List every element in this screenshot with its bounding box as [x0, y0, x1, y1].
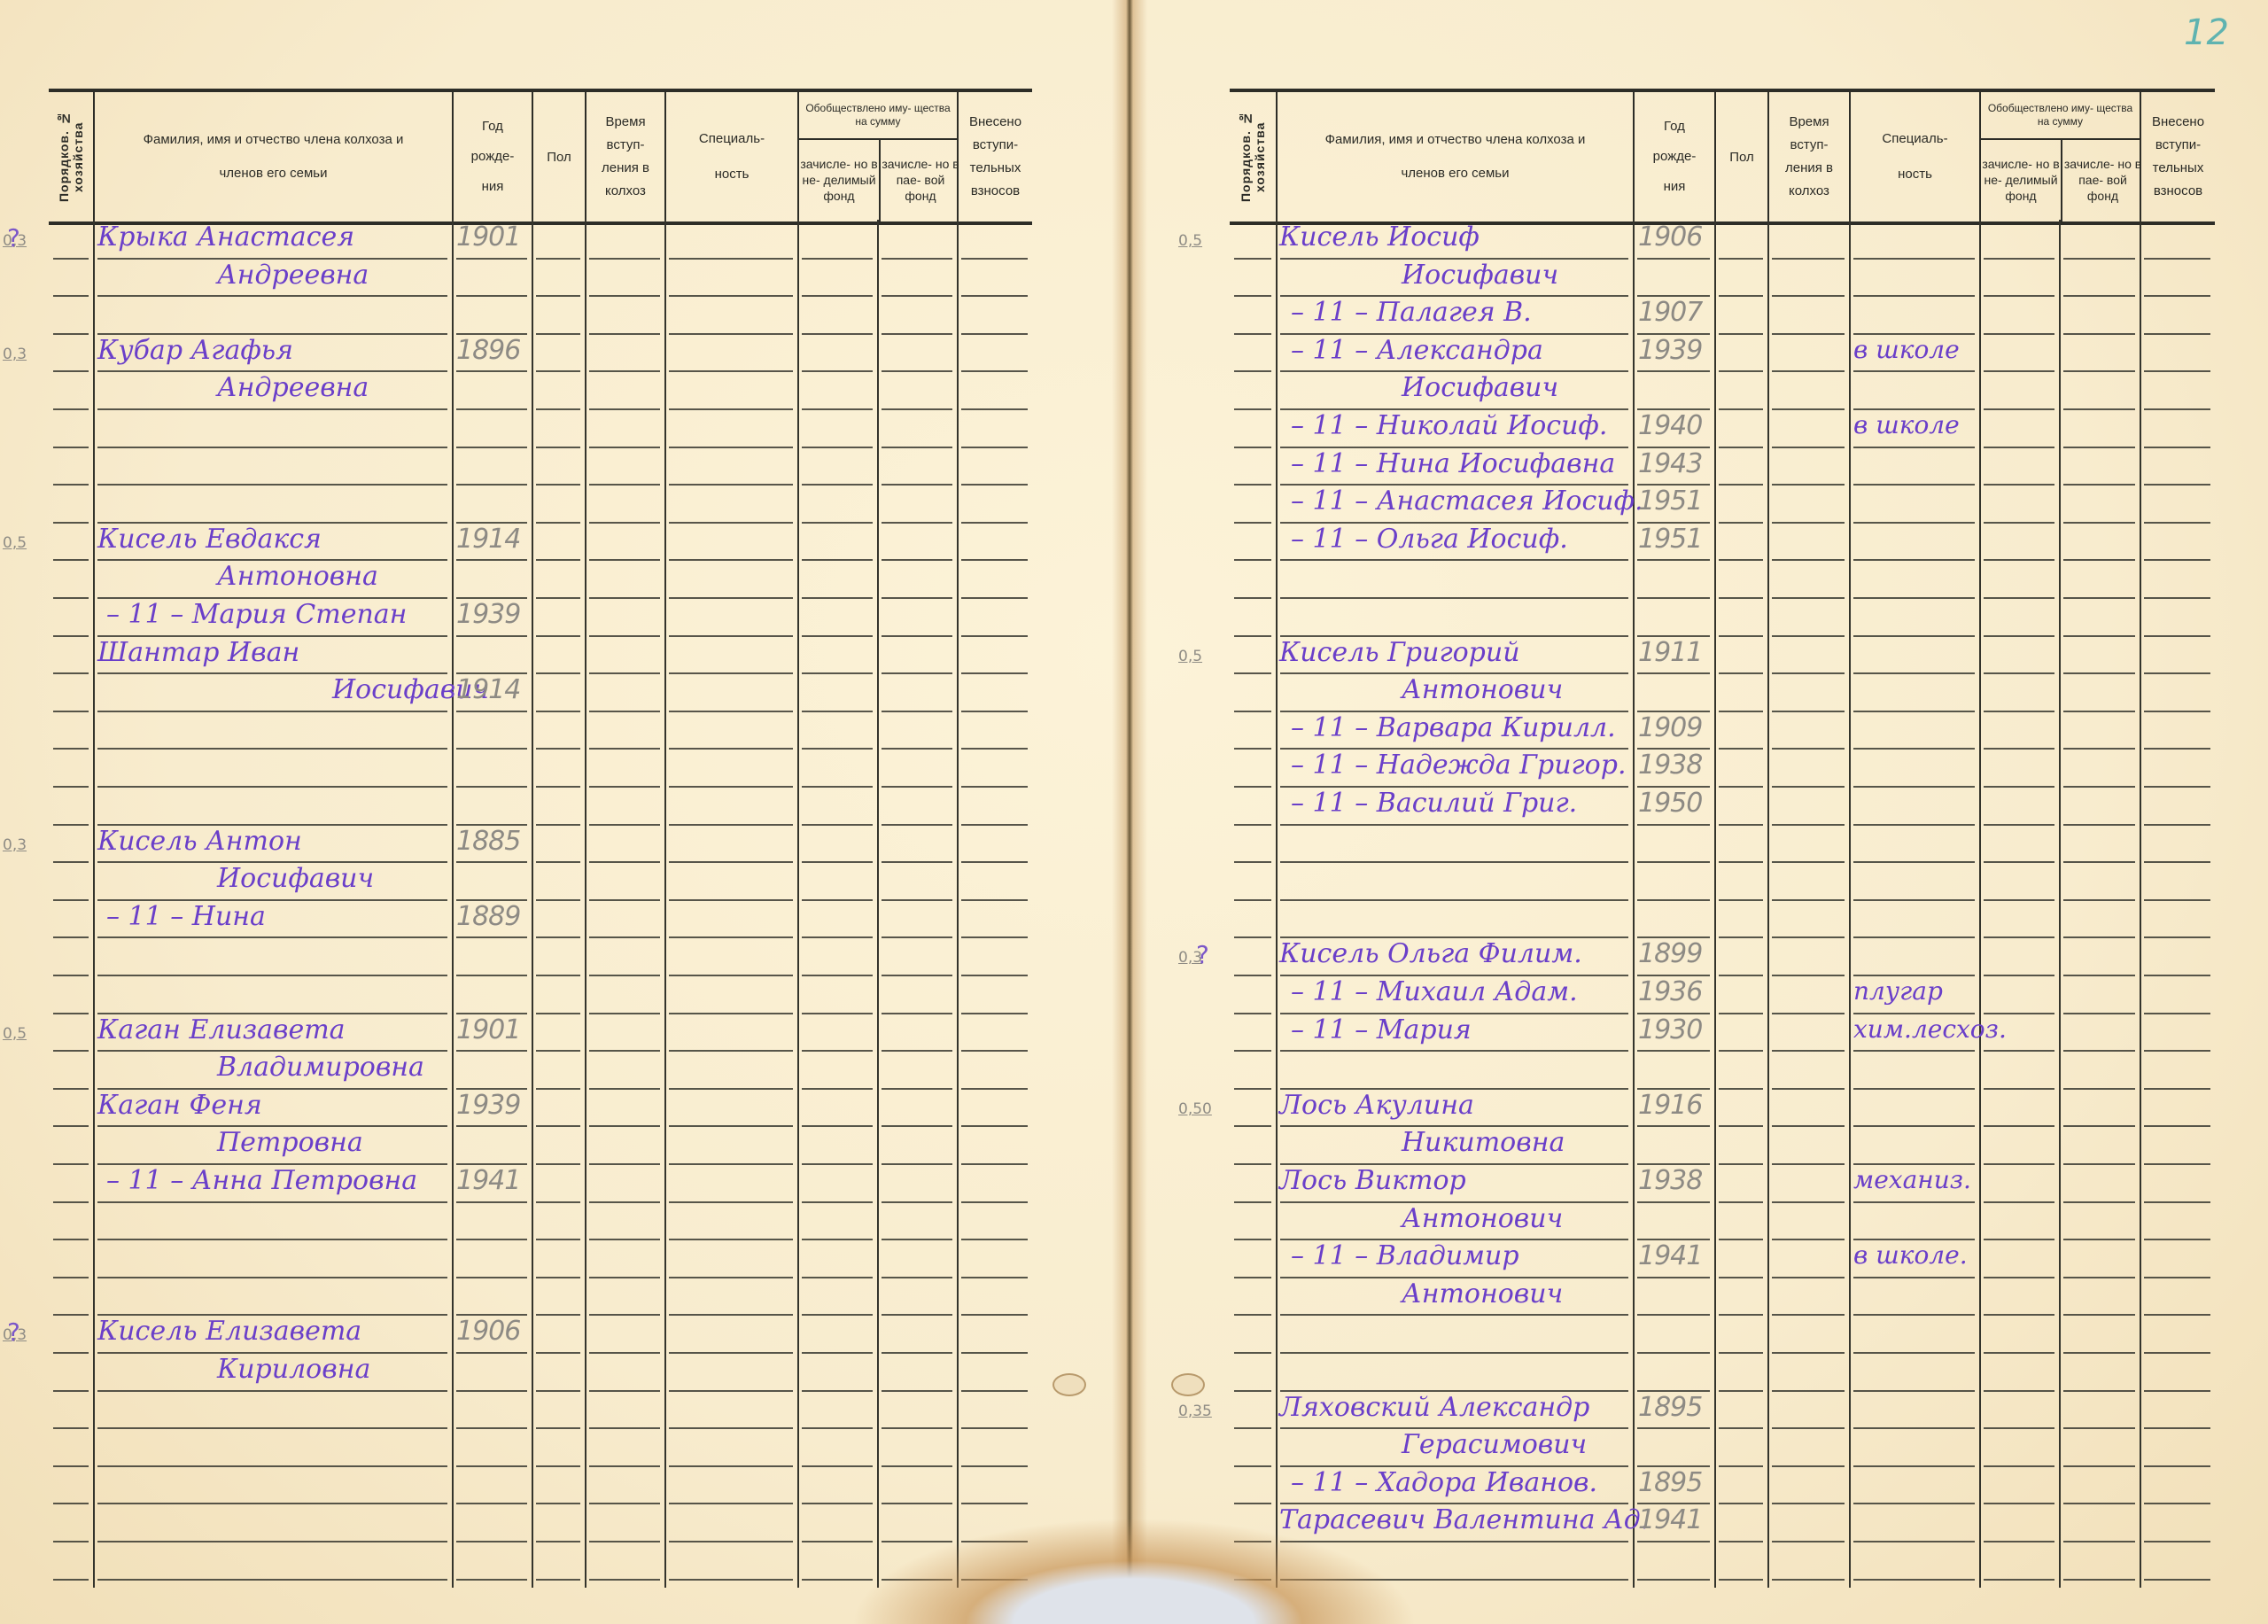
row-rule: [536, 370, 580, 372]
row-rule: [2063, 1125, 2135, 1127]
row-rule: [97, 786, 447, 788]
row-rule: [1280, 597, 1628, 599]
row-rule: [1984, 1503, 2054, 1504]
row-rule: [1772, 597, 1845, 599]
row-rule: [589, 1050, 660, 1052]
row-rule: [2063, 408, 2135, 410]
row-rule: [2144, 484, 2210, 486]
birth-year: 1909: [1638, 712, 1702, 743]
row-rule: [1984, 1277, 2054, 1278]
row-rule: [1234, 672, 1271, 674]
row-rule: [536, 522, 580, 524]
row-rule: [1234, 447, 1271, 448]
row-rule: [1853, 484, 1975, 486]
row-rule: [53, 635, 89, 637]
column-divider: [1767, 220, 1769, 1588]
row-rule: [1853, 559, 1975, 561]
row-rule: [2144, 1465, 2210, 1467]
row-rule: [456, 258, 527, 260]
member-name: – 11 – Николай Иосиф.: [1291, 410, 1607, 441]
row-rule: [1853, 1201, 1975, 1203]
row-rule: [882, 1125, 952, 1127]
row-rule: [97, 1503, 447, 1504]
birth-year: 1906: [1638, 221, 1702, 253]
row-rule: [1719, 295, 1763, 297]
row-rule: [669, 1541, 793, 1542]
row-rule: [2063, 1503, 2135, 1504]
row-rule: [802, 1050, 873, 1052]
row-rule: [536, 1503, 580, 1504]
row-rule: [1772, 1050, 1845, 1052]
row-rule: [1719, 672, 1763, 674]
row-rule: [669, 1503, 793, 1504]
row-rule: [882, 824, 952, 826]
row-rule: [2144, 559, 2210, 561]
row-rule: [536, 1013, 580, 1014]
row-rule: [2144, 1503, 2210, 1504]
row-rule: [802, 861, 873, 863]
row-rule: [1984, 824, 2054, 826]
member-name: – 11 – Варвара Кирилл.: [1291, 712, 1616, 743]
row-rule: [2144, 1163, 2210, 1165]
row-rule: [1234, 1163, 1271, 1165]
member-name: Герасимович: [1402, 1429, 1587, 1460]
row-rule: [1853, 672, 1975, 674]
row-rule: [53, 1390, 89, 1392]
row-rule: [1984, 408, 2054, 410]
row-rule: [1234, 711, 1271, 712]
row-rule: [669, 899, 793, 901]
row-rule: [1772, 1277, 1845, 1278]
row-rule: [1984, 1352, 2054, 1354]
row-rule: [2063, 1088, 2135, 1090]
row-rule: [961, 861, 1028, 863]
member-name: Кисель Иосиф: [1279, 221, 1480, 253]
row-rule: [1637, 597, 1710, 599]
row-rule: [456, 861, 527, 863]
row-rule: [1234, 1277, 1271, 1278]
row-rule: [961, 295, 1028, 297]
row-rule: [669, 1277, 793, 1278]
row-rule: [1719, 936, 1763, 938]
row-rule: [53, 1503, 89, 1504]
row-rule: [1853, 1541, 1975, 1542]
binding-hole: [1052, 1373, 1086, 1396]
row-rule: [1853, 447, 1975, 448]
column-divider: [1276, 220, 1278, 1588]
birth-year: 1941: [456, 1165, 520, 1196]
row-rule: [536, 1465, 580, 1467]
row-rule: [1637, 672, 1710, 674]
row-rule: [882, 1013, 952, 1014]
row-rule: [2144, 711, 2210, 712]
row-rule: [1234, 1465, 1271, 1467]
row-rule: [53, 522, 89, 524]
row-rule: [1853, 824, 1975, 826]
row-rule: [1719, 1201, 1763, 1203]
row-rule: [536, 899, 580, 901]
row-rule: [669, 1352, 793, 1354]
member-name: Антоновна: [217, 561, 378, 592]
row-rule: [1637, 1579, 1710, 1581]
row-rule: [1719, 447, 1763, 448]
row-rule: [2063, 522, 2135, 524]
member-name: Кириловна: [217, 1354, 370, 1385]
row-rule: [1772, 1314, 1845, 1316]
row-rule: [882, 484, 952, 486]
member-name: Крыка Анастасея: [97, 221, 354, 253]
row-rule: [1234, 370, 1271, 372]
row-rule: [53, 1277, 89, 1278]
binding-hole: [1171, 1373, 1205, 1396]
row-rule: [456, 1352, 527, 1354]
member-name: Каган Феня: [97, 1090, 262, 1121]
row-rule: [1719, 861, 1763, 863]
row-rule: [1772, 408, 1845, 410]
header-entry-fees: Внесено вступи- тельных взносов: [2140, 92, 2215, 221]
row-rule: [669, 1013, 793, 1014]
row-rule: [1984, 1050, 2054, 1052]
row-rule: [802, 447, 873, 448]
birth-year: 1938: [1638, 750, 1702, 781]
row-rule: [536, 1201, 580, 1203]
row-rule: [589, 1201, 660, 1203]
member-name: Антонович: [1402, 1278, 1563, 1309]
row-rule: [882, 522, 952, 524]
row-rule: [2144, 597, 2210, 599]
row-rule: [669, 408, 793, 410]
ledger-spread: Порядков. № хозяйства Фамилия, имя и отч…: [0, 0, 2268, 1624]
row-rule: [1772, 559, 1845, 561]
row-rule: [1637, 861, 1710, 863]
row-rule: [802, 748, 873, 750]
row-rule: [1984, 1088, 2054, 1090]
row-rule: [2144, 333, 2210, 335]
row-rule: [53, 1352, 89, 1354]
row-rule: [802, 333, 873, 335]
row-rule: [1234, 748, 1271, 750]
row-rule: [456, 1579, 527, 1581]
row-rule: [1234, 786, 1271, 788]
row-rule: [802, 1465, 873, 1467]
row-rule: [1853, 899, 1975, 901]
row-rule: [1772, 1239, 1845, 1240]
row-rule: [961, 1125, 1028, 1127]
row-rule: [2144, 1050, 2210, 1052]
row-rule: [2144, 258, 2210, 260]
birth-year: 1943: [1638, 448, 1702, 479]
row-rule: [1719, 1503, 1763, 1504]
row-rule: [53, 1541, 89, 1542]
row-rule: [802, 370, 873, 372]
row-rule: [1719, 597, 1763, 599]
row-rule: [1234, 936, 1271, 938]
row-rule: [97, 408, 447, 410]
row-rule: [1719, 635, 1763, 637]
row-rule: [2063, 748, 2135, 750]
row-rule: [2063, 258, 2135, 260]
row-rule: [961, 1163, 1028, 1165]
row-rule: [1280, 1050, 1628, 1052]
row-rule: [669, 635, 793, 637]
member-name: Иосифавич: [217, 863, 374, 894]
row-rule: [1984, 975, 2054, 976]
member-name: Кисель Елизавета: [97, 1316, 361, 1347]
row-rule: [1234, 635, 1271, 637]
row-rule: [1719, 1390, 1763, 1392]
row-rule: [1719, 1163, 1763, 1165]
row-rule: [802, 635, 873, 637]
row-rule: [1637, 370, 1710, 372]
row-rule: [53, 370, 89, 372]
row-rule: [2144, 936, 2210, 938]
row-rule: [589, 672, 660, 674]
row-rule: [669, 936, 793, 938]
row-rule: [1772, 1163, 1845, 1165]
left-table-header: Порядков. № хозяйства Фамилия, имя и отч…: [49, 89, 1032, 225]
row-rule: [53, 786, 89, 788]
header-sex: Пол: [1714, 92, 1767, 221]
row-rule: [1984, 1163, 2054, 1165]
page-number: 12: [2184, 12, 2229, 53]
member-name: Владимировна: [217, 1052, 424, 1083]
column-divider: [585, 220, 586, 1588]
row-rule: [669, 370, 793, 372]
row-rule: [1984, 861, 2054, 863]
row-rule: [1772, 975, 1845, 976]
row-rule: [669, 1201, 793, 1203]
column-divider: [1633, 220, 1635, 1588]
row-rule: [1234, 1503, 1271, 1504]
row-rule: [536, 1427, 580, 1429]
row-rule: [589, 1239, 660, 1240]
row-rule: [669, 786, 793, 788]
row-rule: [882, 786, 952, 788]
row-rule: [589, 1013, 660, 1014]
row-rule: [53, 711, 89, 712]
row-rule: [2063, 1352, 2135, 1354]
row-rule: [97, 1239, 447, 1240]
row-rule: [1772, 1503, 1845, 1504]
column-divider: [93, 220, 95, 1588]
row-rule: [2063, 1277, 2135, 1278]
row-rule: [1719, 1427, 1763, 1429]
row-rule: [1984, 1201, 2054, 1203]
birth-year: 1938: [1638, 1165, 1702, 1196]
row-rule: [2063, 295, 2135, 297]
row-rule: [882, 635, 952, 637]
row-rule: [802, 1013, 873, 1014]
header-sex: Пол: [532, 92, 585, 221]
row-rule: [802, 1125, 873, 1127]
row-rule: [2144, 748, 2210, 750]
row-rule: [97, 1427, 447, 1429]
row-rule: [2063, 370, 2135, 372]
row-rule: [2144, 1579, 2210, 1581]
row-rule: [589, 861, 660, 863]
row-rule: [97, 1201, 447, 1203]
member-name: Каган Елизавета: [97, 1014, 346, 1045]
row-rule: [1719, 370, 1763, 372]
row-rule: [536, 484, 580, 486]
row-rule: [1234, 1125, 1271, 1127]
row-rule: [961, 1088, 1028, 1090]
row-rule: [53, 1314, 89, 1316]
row-rule: [1719, 1541, 1763, 1542]
row-rule: [456, 295, 527, 297]
row-rule: [1853, 635, 1975, 637]
row-rule: [589, 1503, 660, 1504]
row-rule: [456, 1503, 527, 1504]
row-rule: [456, 1050, 527, 1052]
row-rule: [2063, 899, 2135, 901]
row-rule: [2144, 1352, 2210, 1354]
birth-year: 1889: [456, 901, 520, 932]
row-rule: [536, 1390, 580, 1392]
row-rule: [1853, 1088, 1975, 1090]
member-name: – 11 – Александра: [1291, 335, 1543, 366]
birth-year: 1939: [456, 599, 520, 630]
row-rule: [669, 522, 793, 524]
member-name: Кисель Григорий: [1279, 637, 1520, 668]
row-rule: [536, 748, 580, 750]
member-name: – 11 – Анастасея Иосиф.: [1291, 486, 1643, 517]
row-rule: [1719, 1050, 1763, 1052]
row-rule: [802, 672, 873, 674]
birth-year: 1911: [1638, 637, 1702, 668]
row-rule: [1234, 295, 1271, 297]
row-rule: [1772, 711, 1845, 712]
row-rule: [1234, 559, 1271, 561]
row-rule: [456, 1465, 527, 1467]
row-rule: [1853, 936, 1975, 938]
row-rule: [882, 1050, 952, 1052]
row-rule: [1719, 484, 1763, 486]
birth-year: 1941: [1638, 1240, 1702, 1271]
row-rule: [589, 597, 660, 599]
row-rule: [2063, 824, 2135, 826]
row-rule: [1637, 1277, 1710, 1278]
birth-year: 1885: [456, 826, 520, 857]
row-rule: [961, 258, 1028, 260]
row-rule: [802, 1427, 873, 1429]
margin-question-mark: ?: [7, 1317, 20, 1347]
member-name: Иосифавич: [1402, 260, 1558, 291]
row-rule: [961, 522, 1028, 524]
row-rule: [1772, 333, 1845, 335]
row-rule: [882, 711, 952, 712]
row-rule: [2144, 522, 2210, 524]
row-rule: [802, 295, 873, 297]
row-rule: [2063, 1314, 2135, 1316]
row-rule: [669, 1239, 793, 1240]
row-rule: [589, 824, 660, 826]
column-divider: [797, 220, 799, 1588]
column-divider: [877, 220, 879, 1588]
row-rule: [669, 258, 793, 260]
row-rule: [802, 824, 873, 826]
row-rule: [882, 899, 952, 901]
row-rule: [1719, 559, 1763, 561]
member-name: – 11 – Мария: [1291, 1014, 1472, 1045]
birth-year: 1939: [1638, 335, 1702, 366]
row-rule: [589, 936, 660, 938]
row-rule: [1637, 1352, 1710, 1354]
birth-year: 1896: [456, 335, 520, 366]
row-rule: [2063, 861, 2135, 863]
row-rule: [1984, 1427, 2054, 1429]
specialty: хим.лесхоз.: [1853, 1014, 2007, 1044]
row-rule: [2144, 975, 2210, 976]
row-rule: [53, 1125, 89, 1127]
row-rule: [882, 1201, 952, 1203]
row-rule: [1853, 522, 1975, 524]
row-rule: [536, 1314, 580, 1316]
row-rule: [961, 711, 1028, 712]
row-rule: [1772, 258, 1845, 260]
row-rule: [1772, 370, 1845, 372]
row-rule: [1234, 408, 1271, 410]
row-rule: [456, 1427, 527, 1429]
birth-year: 1951: [1638, 524, 1702, 555]
row-rule: [802, 1239, 873, 1240]
row-rule: [1984, 1239, 2054, 1240]
row-rule: [802, 1201, 873, 1203]
row-rule: [1853, 1314, 1975, 1316]
row-rule: [1719, 1277, 1763, 1278]
row-rule: [882, 975, 952, 976]
row-rule: [961, 408, 1028, 410]
row-rule: [802, 1314, 873, 1316]
row-rule: [2063, 1541, 2135, 1542]
birth-year: 1930: [1638, 1014, 1702, 1045]
row-rule: [2144, 1277, 2210, 1278]
row-rule: [536, 1277, 580, 1278]
row-rule: [53, 975, 89, 976]
member-name: – 11 – Нина: [106, 901, 266, 932]
row-rule: [1719, 711, 1763, 712]
row-rule: [882, 370, 952, 372]
household-share: 0,50: [1178, 1100, 1212, 1118]
row-rule: [961, 1239, 1028, 1240]
row-rule: [2144, 1390, 2210, 1392]
row-rule: [589, 1579, 660, 1581]
row-rule: [1772, 936, 1845, 938]
row-rule: [53, 1088, 89, 1090]
row-rule: [1772, 635, 1845, 637]
row-rule: [53, 1201, 89, 1203]
row-rule: [2063, 1390, 2135, 1392]
row-rule: [456, 1541, 527, 1542]
member-name: Петровна: [217, 1127, 363, 1158]
row-rule: [1234, 975, 1271, 976]
row-rule: [1234, 1314, 1271, 1316]
header-join-time: Время вступ- ления в колхоз: [1767, 92, 1849, 221]
row-rule: [456, 936, 527, 938]
row-rule: [456, 1277, 527, 1278]
row-rule: [589, 1277, 660, 1278]
header-full-name: Фамилия, имя и отчество члена колхоза и …: [93, 92, 452, 221]
row-rule: [1853, 1579, 1975, 1581]
row-rule: [1637, 1201, 1710, 1203]
row-rule: [53, 1239, 89, 1240]
row-rule: [97, 748, 447, 750]
row-rule: [53, 936, 89, 938]
row-rule: [589, 447, 660, 448]
row-rule: [1280, 1352, 1628, 1354]
row-rule: [1984, 447, 2054, 448]
row-rule: [2144, 1541, 2210, 1542]
